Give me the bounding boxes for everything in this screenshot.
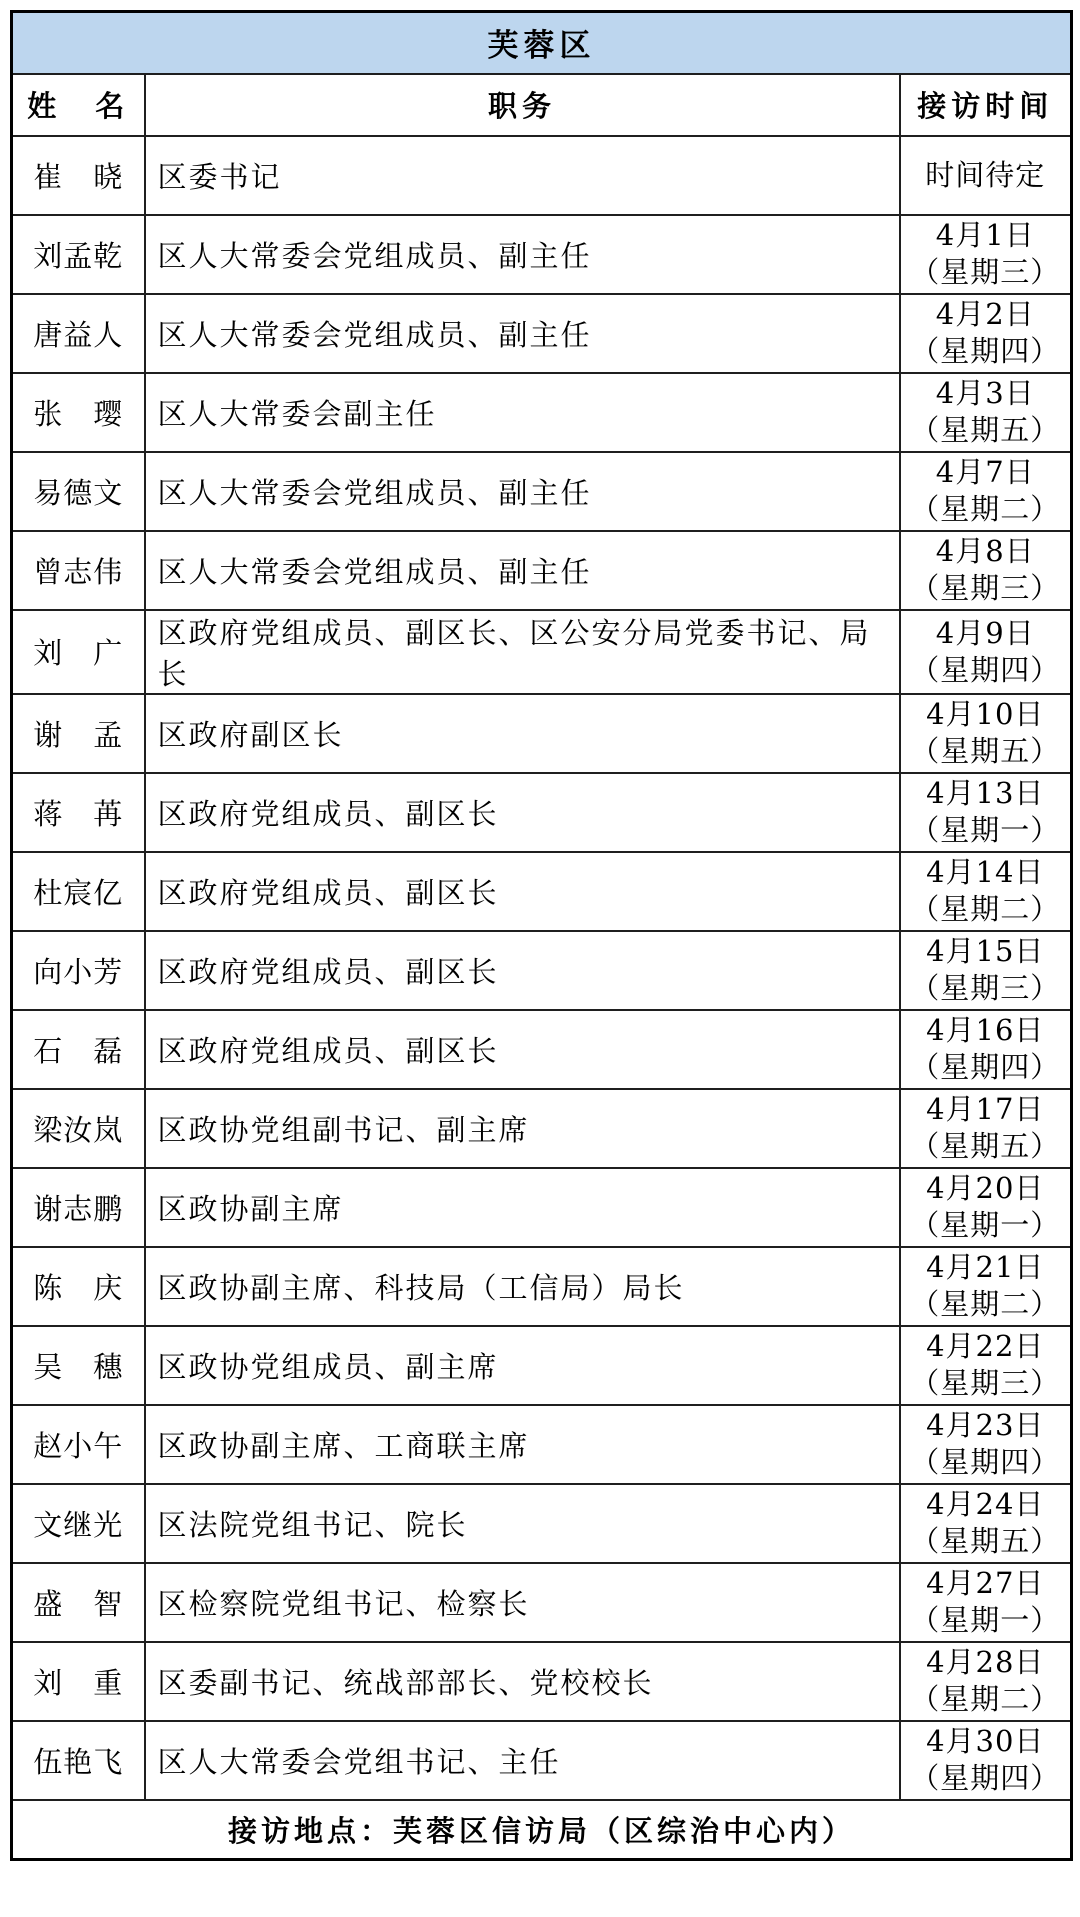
time-line-2: （星期五） xyxy=(901,1523,1071,1560)
name-cell: 崔 晓 xyxy=(12,136,145,215)
time-line-2: （星期五） xyxy=(901,1128,1071,1165)
time-line-1: 4月17日 xyxy=(901,1091,1071,1128)
time-line-2: （星期四） xyxy=(901,1760,1071,1797)
time-cell: 4月1日 （星期三） xyxy=(900,215,1072,294)
district-banner-row: 芙蓉区 xyxy=(12,12,1072,74)
time-cell: 4月24日 （星期五） xyxy=(900,1484,1072,1563)
table-row: 刘 重 区委副书记、统战部部长、党校校长 4月28日 （星期二） xyxy=(12,1642,1072,1721)
name-cell: 刘孟乾 xyxy=(12,215,145,294)
page: 芙蓉区 姓 名 职务 接访时间 崔 晓 区委书记 时间待定 刘孟乾 区人大常委会… xyxy=(0,0,1080,1917)
position-cell: 区法院党组书记、院长 xyxy=(145,1484,900,1563)
name-cell: 陈 庆 xyxy=(12,1247,145,1326)
name-cell: 盛 智 xyxy=(12,1563,145,1642)
position-cell: 区人大常委会党组书记、主任 xyxy=(145,1721,900,1800)
name-cell: 刘 广 xyxy=(12,610,145,694)
time-cell: 4月10日 （星期五） xyxy=(900,694,1072,773)
time-line-2: （星期五） xyxy=(901,412,1071,449)
time-line-1: 时间待定 xyxy=(901,157,1071,194)
time-line-2: （星期二） xyxy=(901,891,1071,928)
position-cell: 区政协副主席、科技局（工信局）局长 xyxy=(145,1247,900,1326)
time-line-2: （星期一） xyxy=(901,1602,1071,1639)
position-cell: 区人大常委会党组成员、副主任 xyxy=(145,452,900,531)
time-cell: 4月16日 （星期四） xyxy=(900,1010,1072,1089)
position-cell: 区政府党组成员、副区长 xyxy=(145,1010,900,1089)
table-row: 向小芳 区政府党组成员、副区长 4月15日 （星期三） xyxy=(12,931,1072,1010)
position-cell: 区政协党组成员、副主席 xyxy=(145,1326,900,1405)
time-line-1: 4月22日 xyxy=(901,1328,1071,1365)
table-row: 吴 穗 区政协党组成员、副主席 4月22日 （星期三） xyxy=(12,1326,1072,1405)
time-line-1: 4月2日 xyxy=(901,296,1071,333)
table-row: 崔 晓 区委书记 时间待定 xyxy=(12,136,1072,215)
time-cell: 4月9日 （星期四） xyxy=(900,610,1072,694)
position-cell: 区政府党组成员、副区长、区公安分局党委书记、局长 xyxy=(145,610,900,694)
time-line-1: 4月9日 xyxy=(901,615,1071,652)
name-cell: 刘 重 xyxy=(12,1642,145,1721)
table-row: 谢志鹏 区政协副主席 4月20日 （星期一） xyxy=(12,1168,1072,1247)
time-line-2: （星期二） xyxy=(901,491,1071,528)
time-line-2: （星期四） xyxy=(901,333,1071,370)
position-cell: 区政府党组成员、副区长 xyxy=(145,773,900,852)
footer-row: 接访地点：芙蓉区信访局（区综治中心内） xyxy=(12,1800,1072,1860)
name-cell: 张 璎 xyxy=(12,373,145,452)
time-cell: 4月2日 （星期四） xyxy=(900,294,1072,373)
time-cell: 4月14日 （星期二） xyxy=(900,852,1072,931)
time-line-1: 4月30日 xyxy=(901,1723,1071,1760)
time-cell: 4月23日 （星期四） xyxy=(900,1405,1072,1484)
time-cell: 4月21日 （星期二） xyxy=(900,1247,1072,1326)
name-cell: 石 磊 xyxy=(12,1010,145,1089)
position-cell: 区委书记 xyxy=(145,136,900,215)
name-cell: 伍艳飞 xyxy=(12,1721,145,1800)
time-line-2: （星期四） xyxy=(901,1444,1071,1481)
position-cell: 区人大常委会副主任 xyxy=(145,373,900,452)
position-cell: 区人大常委会党组成员、副主任 xyxy=(145,215,900,294)
name-cell: 杜宸亿 xyxy=(12,852,145,931)
time-cell: 4月27日 （星期一） xyxy=(900,1563,1072,1642)
table-row: 陈 庆 区政协副主席、科技局（工信局）局长 4月21日 （星期二） xyxy=(12,1247,1072,1326)
table-row: 张 璎 区人大常委会副主任 4月3日 （星期五） xyxy=(12,373,1072,452)
time-line-1: 4月14日 xyxy=(901,854,1071,891)
time-cell: 4月17日 （星期五） xyxy=(900,1089,1072,1168)
time-cell: 4月8日 （星期三） xyxy=(900,531,1072,610)
name-cell: 赵小午 xyxy=(12,1405,145,1484)
column-header-name: 姓 名 xyxy=(12,74,145,136)
position-cell: 区检察院党组书记、检察长 xyxy=(145,1563,900,1642)
table-row: 刘孟乾 区人大常委会党组成员、副主任 4月1日 （星期三） xyxy=(12,215,1072,294)
name-cell: 谢 孟 xyxy=(12,694,145,773)
position-cell: 区人大常委会党组成员、副主任 xyxy=(145,294,900,373)
time-line-2: （星期三） xyxy=(901,1365,1071,1402)
time-line-1: 4月8日 xyxy=(901,533,1071,570)
table-body: 芙蓉区 姓 名 职务 接访时间 崔 晓 区委书记 时间待定 刘孟乾 区人大常委会… xyxy=(12,12,1072,1860)
district-title: 芙蓉区 xyxy=(12,12,1072,74)
position-cell: 区政协党组副书记、副主席 xyxy=(145,1089,900,1168)
time-line-1: 4月13日 xyxy=(901,775,1071,812)
name-cell: 吴 穗 xyxy=(12,1326,145,1405)
table-row: 伍艳飞 区人大常委会党组书记、主任 4月30日 （星期四） xyxy=(12,1721,1072,1800)
position-cell: 区政协副主席、工商联主席 xyxy=(145,1405,900,1484)
time-line-1: 4月20日 xyxy=(901,1170,1071,1207)
time-line-1: 4月1日 xyxy=(901,217,1071,254)
time-line-1: 4月28日 xyxy=(901,1644,1071,1681)
table-row: 唐益人 区人大常委会党组成员、副主任 4月2日 （星期四） xyxy=(12,294,1072,373)
column-header-row: 姓 名 职务 接访时间 xyxy=(12,74,1072,136)
position-cell: 区政府党组成员、副区长 xyxy=(145,852,900,931)
table-row: 谢 孟 区政府副区长 4月10日 （星期五） xyxy=(12,694,1072,773)
time-line-1: 4月3日 xyxy=(901,375,1071,412)
time-line-2: （星期四） xyxy=(901,652,1071,689)
name-cell: 梁汝岚 xyxy=(12,1089,145,1168)
table-row: 盛 智 区检察院党组书记、检察长 4月27日 （星期一） xyxy=(12,1563,1072,1642)
time-cell: 4月30日 （星期四） xyxy=(900,1721,1072,1800)
table-row: 梁汝岚 区政协党组副书记、副主席 4月17日 （星期五） xyxy=(12,1089,1072,1168)
table-row: 易德文 区人大常委会党组成员、副主任 4月7日 （星期二） xyxy=(12,452,1072,531)
table-row: 蒋 苒 区政府党组成员、副区长 4月13日 （星期一） xyxy=(12,773,1072,852)
time-cell: 4月7日 （星期二） xyxy=(900,452,1072,531)
table-row: 刘 广 区政府党组成员、副区长、区公安分局党委书记、局长 4月9日 （星期四） xyxy=(12,610,1072,694)
time-line-2: （星期三） xyxy=(901,254,1071,291)
position-cell: 区人大常委会党组成员、副主任 xyxy=(145,531,900,610)
time-cell: 4月22日 （星期三） xyxy=(900,1326,1072,1405)
time-cell: 4月28日 （星期二） xyxy=(900,1642,1072,1721)
name-cell: 文继光 xyxy=(12,1484,145,1563)
time-line-2: （星期五） xyxy=(901,733,1071,770)
table-row: 文继光 区法院党组书记、院长 4月24日 （星期五） xyxy=(12,1484,1072,1563)
time-line-1: 4月27日 xyxy=(901,1565,1071,1602)
time-line-1: 4月24日 xyxy=(901,1486,1071,1523)
name-cell: 易德文 xyxy=(12,452,145,531)
time-line-1: 4月7日 xyxy=(901,454,1071,491)
time-line-2: （星期三） xyxy=(901,570,1071,607)
time-line-2: （星期一） xyxy=(901,1207,1071,1244)
reception-location: 接访地点：芙蓉区信访局（区综治中心内） xyxy=(12,1800,1072,1860)
reception-schedule-table: 芙蓉区 姓 名 职务 接访时间 崔 晓 区委书记 时间待定 刘孟乾 区人大常委会… xyxy=(10,10,1073,1861)
name-cell: 谢志鹏 xyxy=(12,1168,145,1247)
table-row: 曾志伟 区人大常委会党组成员、副主任 4月8日 （星期三） xyxy=(12,531,1072,610)
time-line-1: 4月15日 xyxy=(901,933,1071,970)
table-row: 赵小午 区政协副主席、工商联主席 4月23日 （星期四） xyxy=(12,1405,1072,1484)
name-cell: 曾志伟 xyxy=(12,531,145,610)
name-cell: 向小芳 xyxy=(12,931,145,1010)
table-row: 石 磊 区政府党组成员、副区长 4月16日 （星期四） xyxy=(12,1010,1072,1089)
position-cell: 区政府副区长 xyxy=(145,694,900,773)
time-line-2: （星期四） xyxy=(901,1049,1071,1086)
time-line-2: （星期三） xyxy=(901,970,1071,1007)
time-line-1: 4月21日 xyxy=(901,1249,1071,1286)
time-line-2: （星期一） xyxy=(901,812,1071,849)
name-cell: 蒋 苒 xyxy=(12,773,145,852)
position-cell: 区政协副主席 xyxy=(145,1168,900,1247)
time-line-1: 4月23日 xyxy=(901,1407,1071,1444)
time-line-2: （星期二） xyxy=(901,1286,1071,1323)
time-cell: 4月15日 （星期三） xyxy=(900,931,1072,1010)
time-line-1: 4月10日 xyxy=(901,696,1071,733)
time-line-1: 4月16日 xyxy=(901,1012,1071,1049)
name-cell: 唐益人 xyxy=(12,294,145,373)
time-line-2: （星期二） xyxy=(901,1681,1071,1718)
table-row: 杜宸亿 区政府党组成员、副区长 4月14日 （星期二） xyxy=(12,852,1072,931)
position-cell: 区委副书记、统战部部长、党校校长 xyxy=(145,1642,900,1721)
time-cell: 4月13日 （星期一） xyxy=(900,773,1072,852)
column-header-time: 接访时间 xyxy=(900,74,1072,136)
time-cell: 4月3日 （星期五） xyxy=(900,373,1072,452)
position-cell: 区政府党组成员、副区长 xyxy=(145,931,900,1010)
time-cell: 4月20日 （星期一） xyxy=(900,1168,1072,1247)
column-header-position: 职务 xyxy=(145,74,900,136)
time-cell: 时间待定 xyxy=(900,136,1072,215)
